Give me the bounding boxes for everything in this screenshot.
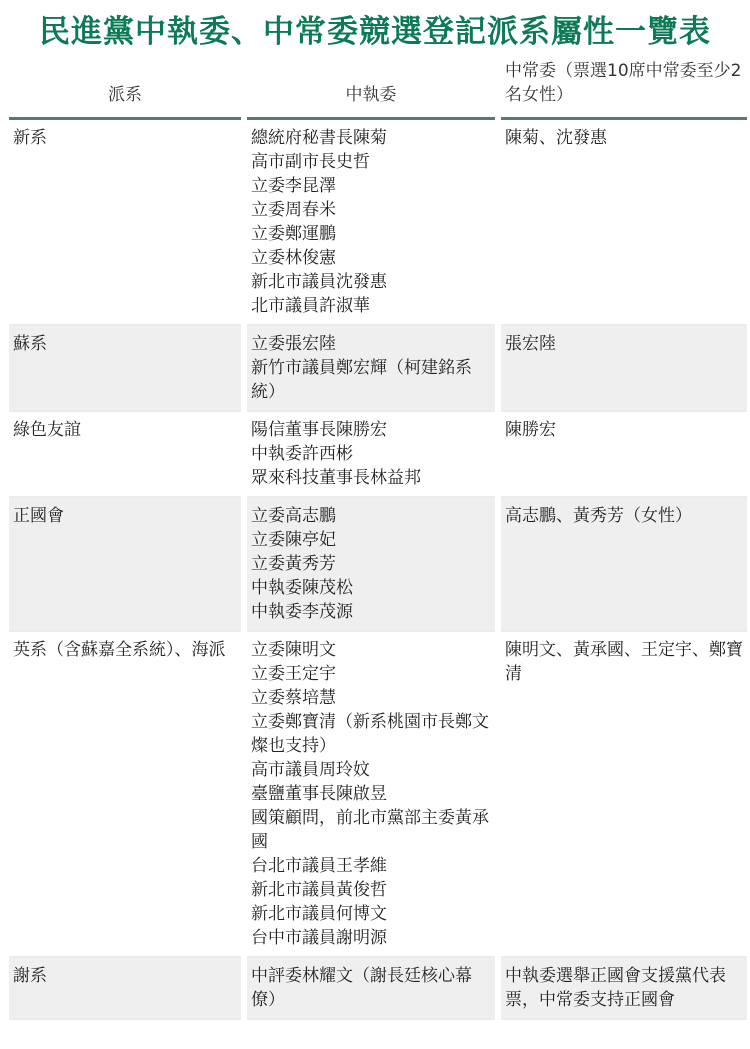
candidate-entry: 立委陳亭妃 <box>251 528 491 552</box>
header-standing-committee: 中常委（票選10席中常委至少2名女性） <box>501 58 747 120</box>
candidate-entry: 立委蔡培慧 <box>251 686 491 710</box>
header-executive-committee: 中執委 <box>247 58 495 120</box>
candidate-entry: 台北市議員王孝維 <box>251 854 491 878</box>
candidate-entry: 中執委許西彬 <box>251 442 491 466</box>
faction-cell: 新系 <box>9 120 241 326</box>
table-row: 綠色友誼陽信董事長陳勝宏中執委許西彬眾來科技董事長林益邦陳勝宏 <box>9 412 747 498</box>
standing-committee-cell: 陳明文、黃承國、王定宇、鄭寶清 <box>501 632 747 958</box>
standing-committee-cell: 中執委選舉正國會支援黨代表票，中常委支持正國會 <box>501 958 747 1020</box>
page: 民進黨中執委、中常委競選登記派系屬性一覽表 派系 中執委 中常委（票選10席中常… <box>0 0 750 1049</box>
table-row: 正國會立委高志鵬立委陳亭妃立委黃秀芳中執委陳茂松中執委李茂源高志鵬、黃秀芳（女性… <box>9 498 747 632</box>
candidate-entry: 總統府秘書長陳菊 <box>251 126 491 150</box>
candidate-entry: 國策顧問，前北市黨部主委黃承國 <box>251 806 491 854</box>
table-row: 新系總統府秘書長陳菊高市副市長史哲立委李昆澤立委周春米立委鄭運鵬立委林俊憲新北市… <box>9 120 747 326</box>
page-title: 民進黨中執委、中常委競選登記派系屬性一覽表 <box>0 12 750 52</box>
candidate-entry: 臺鹽董事長陳啟昱 <box>251 782 491 806</box>
faction-cell: 蘇系 <box>9 326 241 412</box>
candidate-entry: 立委李昆澤 <box>251 174 491 198</box>
executive-committee-cell: 立委張宏陸新竹市議員鄭宏輝（柯建銘系統） <box>247 326 495 412</box>
faction-cell: 綠色友誼 <box>9 412 241 498</box>
executive-committee-cell: 立委陳明文立委王定宇立委蔡培慧立委鄭寶清（新系桃園市長鄭文燦也支持）高市議員周玲… <box>247 632 495 958</box>
executive-committee-cell: 中評委林耀文（謝長廷核心幕僚） <box>247 958 495 1020</box>
candidate-entry: 立委王定宇 <box>251 662 491 686</box>
faction-cell: 謝系 <box>9 958 241 1020</box>
candidate-entry: 中評委林耀文（謝長廷核心幕僚） <box>251 964 491 1012</box>
candidate-entry: 高市副市長史哲 <box>251 150 491 174</box>
candidate-entry: 立委鄭寶清（新系桃園市長鄭文燦也支持） <box>251 710 491 758</box>
candidate-entry: 北市議員許淑華 <box>251 294 491 318</box>
table-row: 謝系中評委林耀文（謝長廷核心幕僚）中執委選舉正國會支援黨代表票，中常委支持正國會 <box>9 958 747 1020</box>
candidate-entry: 立委林俊憲 <box>251 246 491 270</box>
candidate-entry: 立委黃秀芳 <box>251 552 491 576</box>
candidate-entry: 立委張宏陸 <box>251 332 491 356</box>
candidate-entry: 陽信董事長陳勝宏 <box>251 418 491 442</box>
executive-committee-cell: 總統府秘書長陳菊高市副市長史哲立委李昆澤立委周春米立委鄭運鵬立委林俊憲新北市議員… <box>247 120 495 326</box>
candidate-entry: 中執委李茂源 <box>251 600 491 624</box>
table-row: 蘇系立委張宏陸新竹市議員鄭宏輝（柯建銘系統）張宏陸 <box>9 326 747 412</box>
standing-committee-cell: 張宏陸 <box>501 326 747 412</box>
candidate-entry: 立委周春米 <box>251 198 491 222</box>
header-faction: 派系 <box>9 58 241 120</box>
candidate-entry: 台中市議員謝明源 <box>251 926 491 950</box>
candidate-entry: 新北市議員沈發惠 <box>251 270 491 294</box>
table-header-row: 派系 中執委 中常委（票選10席中常委至少2名女性） <box>9 58 747 120</box>
candidate-entry: 高市議員周玲妏 <box>251 758 491 782</box>
candidate-entry: 立委陳明文 <box>251 638 491 662</box>
candidate-entry: 新北市議員何博文 <box>251 902 491 926</box>
table-body: 新系總統府秘書長陳菊高市副市長史哲立委李昆澤立委周春米立委鄭運鵬立委林俊憲新北市… <box>9 120 747 1020</box>
candidate-entry: 中執委陳茂松 <box>251 576 491 600</box>
executive-committee-cell: 陽信董事長陳勝宏中執委許西彬眾來科技董事長林益邦 <box>247 412 495 498</box>
standing-committee-cell: 陳勝宏 <box>501 412 747 498</box>
candidate-entry: 新北市議員黃俊哲 <box>251 878 491 902</box>
executive-committee-cell: 立委高志鵬立委陳亭妃立委黃秀芳中執委陳茂松中執委李茂源 <box>247 498 495 632</box>
candidate-entry: 新竹市議員鄭宏輝（柯建銘系統） <box>251 356 491 404</box>
table-row: 英系（含蘇嘉全系統）、海派立委陳明文立委王定宇立委蔡培慧立委鄭寶清（新系桃園市長… <box>9 632 747 958</box>
faction-cell: 正國會 <box>9 498 241 632</box>
standing-committee-cell: 高志鵬、黃秀芳（女性） <box>501 498 747 632</box>
candidate-entry: 立委鄭運鵬 <box>251 222 491 246</box>
standing-committee-cell: 陳菊、沈發惠 <box>501 120 747 326</box>
faction-cell: 英系（含蘇嘉全系統）、海派 <box>9 632 241 958</box>
candidate-entry: 立委高志鵬 <box>251 504 491 528</box>
candidate-entry: 眾來科技董事長林益邦 <box>251 466 491 490</box>
faction-table: 派系 中執委 中常委（票選10席中常委至少2名女性） 新系總統府秘書長陳菊高市副… <box>3 58 750 1020</box>
